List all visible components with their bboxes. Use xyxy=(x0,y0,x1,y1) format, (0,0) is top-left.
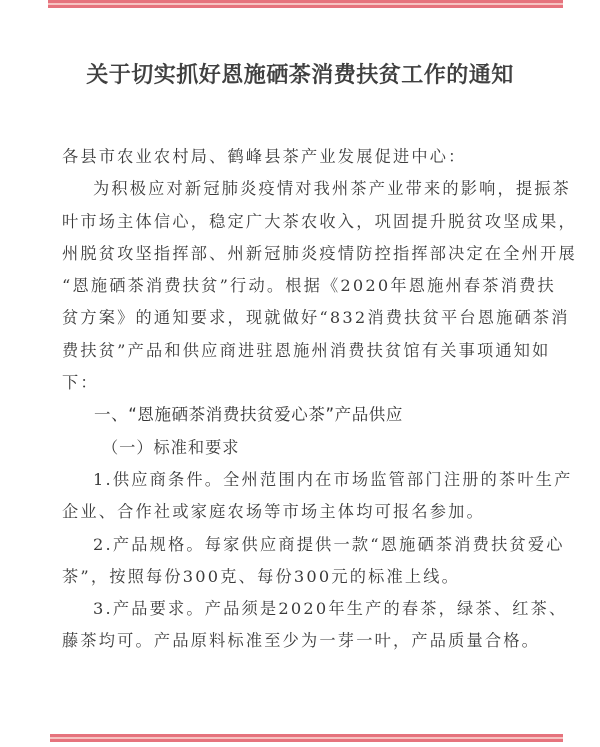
footer-red-rule xyxy=(50,734,563,742)
intro-line: 州脱贫攻坚指挥部、州新冠肺炎疫情防控指挥部决定在全州开展 xyxy=(62,238,542,270)
intro-line: 叶市场主体信心，稳定广大茶农收入，巩固提升脱贫攻坚成果， xyxy=(62,206,542,238)
document-body: 各县市农业农村局、鹤峰县茶产业发展促进中心： 为积极应对新冠肺炎疫情对我州茶产业… xyxy=(62,141,542,658)
header-red-rule xyxy=(48,0,563,8)
intro-line: 贫方案》的通知要求，现就做好“832消费扶贫平台恩施硒茶消 xyxy=(62,302,542,334)
item-line: 企业、合作社或家庭农场等市场主体均可报名参加。 xyxy=(62,496,542,528)
subsection-heading: （一）标准和要求 xyxy=(62,432,542,464)
item-line: 1.供应商条件。全州范围内在市场监管部门注册的茶叶生产 xyxy=(62,464,542,496)
intro-line: 费扶贫”产品和供应商进驻恩施州消费扶贫馆有关事项通知如 xyxy=(62,335,542,367)
intro-line: “恩施硒茶消费扶贫”行动。根据《2020年恩施州春茶消费扶 xyxy=(62,270,542,302)
item-line: 2.产品规格。每家供应商提供一款“恩施硒茶消费扶贫爱心 xyxy=(62,529,542,561)
document-title: 关于切实抓好恩施硒茶消费扶贫工作的通知 xyxy=(0,58,600,89)
intro-line: 为积极应对新冠肺炎疫情对我州茶产业带来的影响，提振茶 xyxy=(62,173,542,205)
item-line: 3.产品要求。产品须是2020年生产的春茶，绿茶、红茶、 xyxy=(62,593,542,625)
item-line: 藤茶均可。产品原料标准至少为一芽一叶，产品质量合格。 xyxy=(62,625,542,657)
item-line: 茶”，按照每份300克、每份300元的标准上线。 xyxy=(62,561,542,593)
addressee: 各县市农业农村局、鹤峰县茶产业发展促进中心： xyxy=(62,141,542,173)
intro-line: 下： xyxy=(62,367,542,399)
section-heading: 一、“恩施硒茶消费扶贫爱心茶”产品供应 xyxy=(62,399,542,431)
